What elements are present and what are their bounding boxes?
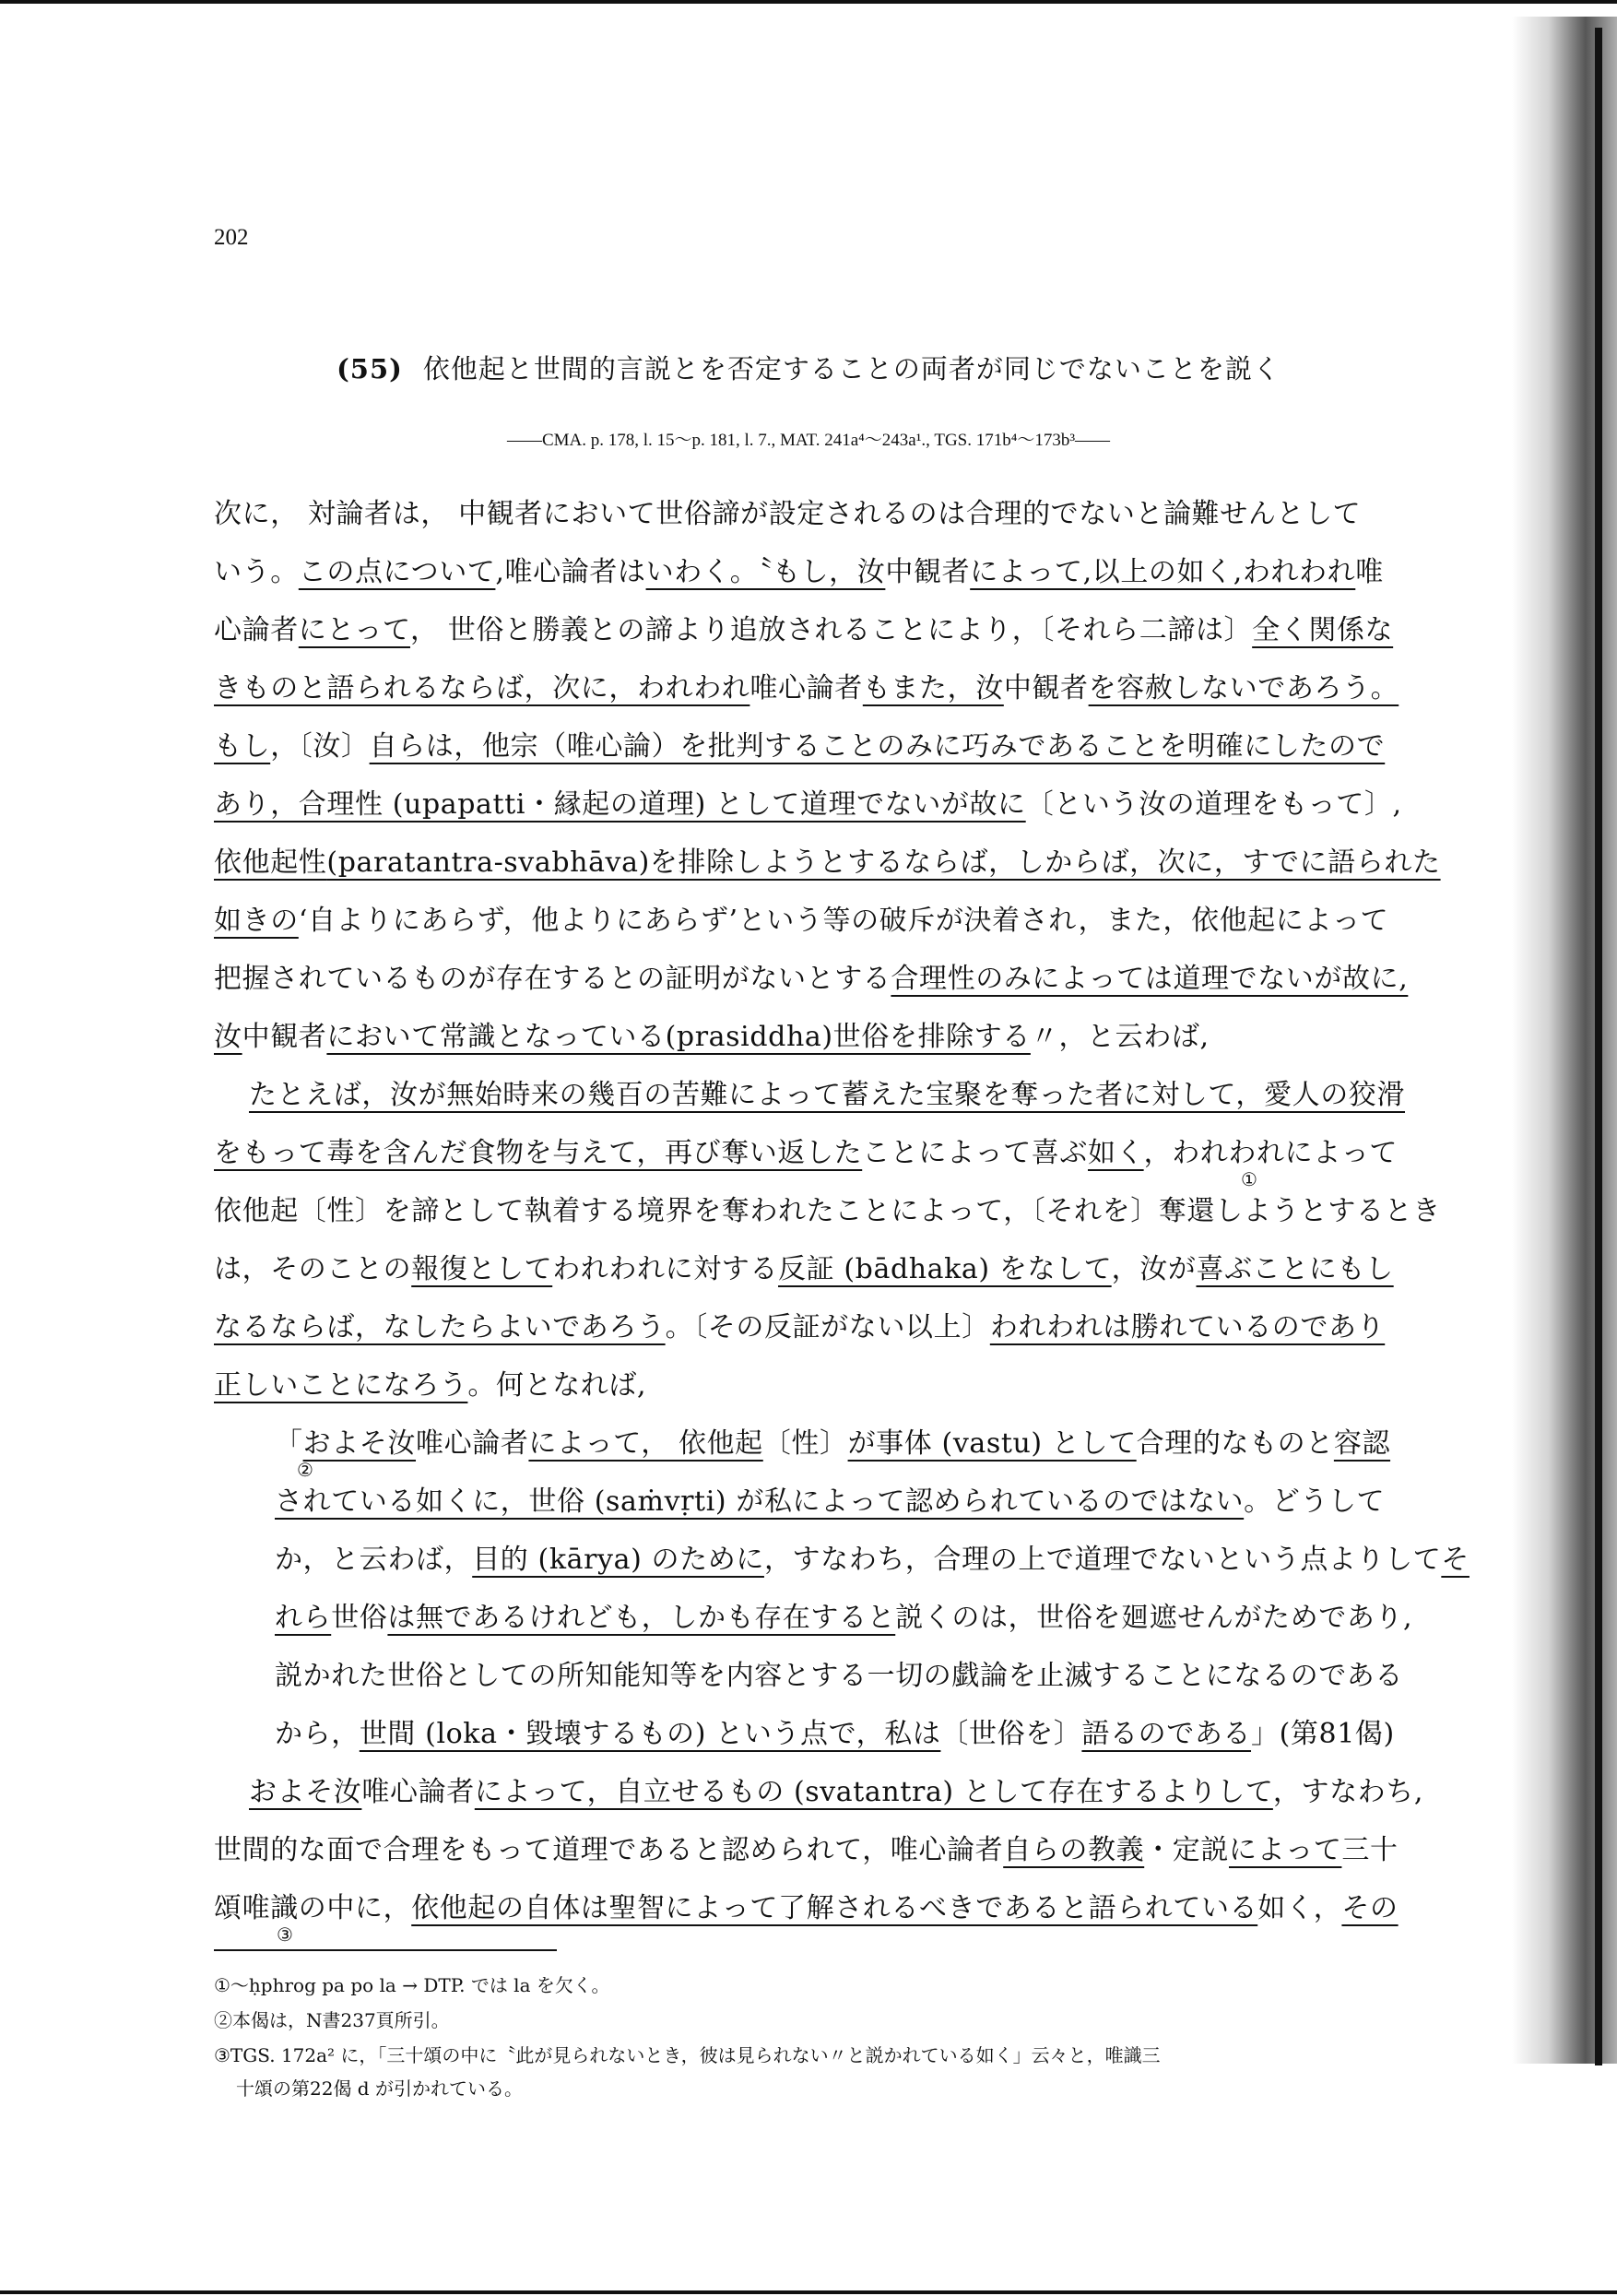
footnote: 十頌の第22偈 d が引かれている。 bbox=[236, 2077, 523, 2101]
text-segment: 合理的なものと bbox=[1137, 1427, 1334, 1460]
text-segment: 唯心論者 bbox=[361, 1776, 474, 1808]
text-segment: 唯 bbox=[1355, 556, 1384, 588]
text-segment: 如く， bbox=[1257, 1892, 1341, 1924]
underlined-text: 依他起性 bbox=[214, 846, 326, 879]
underlined-text: この点について bbox=[299, 556, 496, 588]
underlined-text: を容赦しないであろう。 bbox=[1089, 672, 1399, 704]
underlined-text: およそ汝 bbox=[249, 1776, 361, 1808]
underlined-text: 合理性のみによっては道理でないが故に, bbox=[891, 963, 1408, 995]
text-segment: いう。 bbox=[214, 556, 299, 588]
underlined-text: 喜ぶことにもし bbox=[1196, 1253, 1393, 1285]
underlined-text: されている如くに，世俗 (saṁvṛti) が私によって認められているのではない bbox=[275, 1485, 1244, 1518]
text-segment: ことによって喜ぶ bbox=[862, 1137, 1088, 1169]
text-segment: 把握されているものが存在するとの証明がないとする bbox=[214, 963, 891, 995]
scan-binding-edge bbox=[1595, 28, 1602, 2065]
text-segment: 説くのは，世俗を廻遮せんがためであり, bbox=[895, 1602, 1412, 1634]
underlined-text: 容認 bbox=[1334, 1427, 1390, 1460]
text-line: あり，合理性 (upapatti・縁起の道理) として道理でないが故に〔という汝… bbox=[214, 787, 1422, 823]
text-segment: 心論者 bbox=[214, 614, 299, 646]
text-line: から，世間 (loka・毀壊するもの) という点で，私は〔世俗を〕語るのである」… bbox=[275, 1716, 1423, 1753]
text-line: 把握されているものが存在するとの証明がないとする合理性のみによっては道理でないが… bbox=[214, 961, 1422, 998]
underlined-text: 反証 (bādhaka) をなして bbox=[778, 1253, 1112, 1285]
footnote-marker: ③ bbox=[277, 1923, 293, 1946]
underlined-text: 世間 (loka・毀壊するもの) という点で，私は bbox=[360, 1718, 941, 1750]
underlined-text: 自らの教義 bbox=[1003, 1834, 1144, 1866]
underlined-text: によって， 依他起 bbox=[528, 1427, 762, 1460]
text-segment: 三十 bbox=[1341, 1834, 1398, 1866]
text-segment: 唯心論者 bbox=[749, 672, 862, 704]
footnote-rule bbox=[214, 1949, 557, 1951]
text-segment: 世俗 bbox=[331, 1602, 387, 1634]
section-title: (55)依他起と世間的言説とを否定することの両者が同じでないことを説く bbox=[0, 349, 1617, 386]
text-line: 汝中観者において常識となっている(prasiddha)世俗を排除する〃，と云わば… bbox=[214, 1019, 1422, 1056]
text-line: 正しいことになろう。何となれば, bbox=[214, 1367, 1422, 1404]
text-line: 依他起〔性〕を諦として執着する境界を奪われたことによって，〔それを〕奪還しようと… bbox=[214, 1193, 1422, 1230]
text-line: 心論者にとって， 世俗と勝義との諦より追放されることにより，〔それら二諦は〕全く… bbox=[214, 612, 1422, 649]
underlined-text: 報復として bbox=[411, 1253, 552, 1285]
underlined-text: あり，合理性 (upapatti・縁起の道理) として道理でないが故に bbox=[214, 788, 1026, 821]
text-line: いう。この点について,唯心論者はいわく。〝もし，汝中観者によって,以上の如く,わ… bbox=[214, 554, 1422, 591]
underlined-text: なるならば，なしたらよいであろう bbox=[214, 1311, 666, 1343]
text-segment: 頌唯識の中に， bbox=[214, 1892, 411, 1924]
underlined-text: もし bbox=[214, 730, 270, 763]
underlined-text: が事体 (vastu) として bbox=[848, 1427, 1137, 1460]
underlined-text: 正しいことになろう bbox=[214, 1369, 467, 1402]
text-segment: ‘自よりにあらず，他よりにあらず’という等の破斥が決着され，また，依他起によって bbox=[299, 905, 1388, 937]
text-segment: 〔という汝の道理をもって〕, bbox=[1026, 788, 1402, 821]
text-segment: 。何となれば, bbox=[467, 1369, 646, 1402]
text-segment: 〔性〕 bbox=[763, 1427, 848, 1460]
underlined-text: 依他起の自体は聖智によって了解されるべきであると語られている bbox=[411, 1892, 1257, 1924]
source-citation: ——CMA. p. 178, l. 15〜p. 181, l. 7., MAT.… bbox=[0, 426, 1617, 451]
scan-bottom-border bbox=[0, 2290, 1617, 2294]
text-line: されている如くに，世俗 (saṁvṛti) が私によって認められているのではない… bbox=[275, 1484, 1423, 1521]
scan-top-border bbox=[0, 0, 1617, 4]
underlined-text: にとって bbox=[299, 614, 410, 646]
footnote-marker: ① bbox=[1241, 1168, 1257, 1190]
underlined-text: 如きの bbox=[214, 905, 299, 937]
underlined-text: において常識となっている(prasiddha)世俗を排除する bbox=[326, 1021, 1030, 1053]
text-line: たとえば，汝が無始時来の幾百の苦難によって蓄えた宝聚を奪った者に対して，愛人の狡… bbox=[249, 1077, 1457, 1114]
text-segment: われわれに対する bbox=[552, 1253, 778, 1285]
text-line: 如きの‘自よりにあらず，他よりにあらず’という等の破斥が決着され，また，依他起に… bbox=[214, 903, 1422, 940]
text-segment: ，〔汝〕 bbox=[270, 730, 369, 763]
text-line: 説かれた世俗としての所知能知等を内容とする一切の戯論を止滅することになるのである bbox=[275, 1658, 1423, 1695]
underlined-text: 如く bbox=[1088, 1137, 1144, 1169]
text-segment: ，汝が bbox=[1112, 1253, 1197, 1285]
text-line: 次に， 対論者は， 中観者において世俗諦が設定されるのは合理的でないと論難せんと… bbox=[214, 496, 1422, 533]
text-segment: 中観者 bbox=[242, 1021, 327, 1053]
underlined-text: によって，自立せるもの (svatantra) として存在するよりして bbox=[475, 1776, 1273, 1808]
underlined-text: そ bbox=[1441, 1544, 1469, 1576]
underlined-text: およそ汝 bbox=[303, 1427, 416, 1460]
text-line: は，そのことの報復としてわれわれに対する反証 (bādhaka) をなして，汝が… bbox=[214, 1251, 1422, 1288]
underlined-text: 自らは，他宗（唯心論）を批判することのみに巧みであることを明確にしたので bbox=[370, 730, 1386, 763]
text-segment: 唯心論者 bbox=[416, 1427, 528, 1460]
underlined-text: 汝 bbox=[214, 1021, 242, 1053]
underlined-text: もまた，汝 bbox=[863, 672, 1004, 704]
section-number: (55) bbox=[336, 353, 403, 385]
text-line: 依他起性(paratantra-svabhāva)を排除しようとするならば，しか… bbox=[214, 845, 1422, 882]
text-segment: 〔世俗を〕 bbox=[940, 1718, 1081, 1750]
text-segment: 「 bbox=[275, 1427, 303, 1460]
text-segment: ，すなわち，合理の上で道理でないという点よりして bbox=[764, 1544, 1441, 1576]
underlined-text: 目的 (kārya) のために bbox=[472, 1544, 764, 1576]
underlined-text: (paratantra-svabhāva)を排除しようとするならば，しからば，次… bbox=[326, 846, 1440, 879]
underlined-text: 語るのである bbox=[1081, 1718, 1251, 1750]
underlined-text: によって,以上の如く,われわれ bbox=[970, 556, 1355, 588]
text-segment: から， bbox=[275, 1718, 360, 1750]
text-line: なるならば，なしたらよいであろう。〔その反証がない以上〕われわれは勝れているので… bbox=[214, 1309, 1422, 1346]
text-line: をもって毒を含んだ食物を与えて，再び奪い返したことによって喜ぶ如く，われわれによ… bbox=[214, 1135, 1422, 1172]
text-line: もし，〔汝〕自らは，他宗（唯心論）を批判することのみに巧みであることを明確にした… bbox=[214, 728, 1422, 765]
footnote: ③TGS. 172a² に，「三十頌の中に〝此が見られないとき，彼は見られない〃… bbox=[214, 2043, 1161, 2067]
text-segment: ・定説 bbox=[1144, 1834, 1229, 1866]
text-segment: 依他起〔性〕を諦として執着する境界を奪われたことによって，〔それを〕奪還しようと… bbox=[214, 1195, 1441, 1227]
text-line: およそ汝唯心論者によって，自立せるもの (svatantra) として存在するよ… bbox=[249, 1774, 1457, 1811]
page-number: 202 bbox=[214, 225, 249, 251]
text-line: れら世俗は無であるけれども，しかも存在すると説くのは，世俗を廻遮せんがためであり… bbox=[275, 1600, 1423, 1637]
text-segment: 説かれた世俗としての所知能知等を内容とする一切の戯論を止滅することになるのである bbox=[275, 1660, 1403, 1692]
text-segment: ， 世俗と勝義との諦より追放されることにより，〔それら二諦は〕 bbox=[410, 614, 1252, 646]
underlined-text: をもって毒を含んだ食物を与えて，再び奪い返した bbox=[214, 1137, 862, 1169]
text-segment: 次に， 対論者は， 中観者において世俗諦が設定されるのは合理的でないと論難せんと… bbox=[214, 498, 1361, 530]
underlined-text: きものと語られるならば，次に，われわれ bbox=[214, 672, 749, 704]
footnote: ①〜ḥphrog pa po la → DTP. では la を欠く。 bbox=[214, 1973, 609, 1997]
text-segment: 世間的な面で合理をもって道理であると認められて，唯心論者 bbox=[214, 1834, 1003, 1866]
underlined-text: いわく。〝もし，汝 bbox=[646, 556, 886, 588]
text-segment: か，と云わば， bbox=[275, 1544, 472, 1576]
text-line: 「およそ汝唯心論者によって， 依他起〔性〕が事体 (vastu) として合理的な… bbox=[275, 1426, 1423, 1462]
underlined-text: たとえば，汝が無始時来の幾百の苦難によって蓄えた宝聚を奪った者に対して，愛人の狡… bbox=[249, 1079, 1405, 1111]
text-segment: 中観者 bbox=[1004, 672, 1089, 704]
text-segment: 。どうして bbox=[1244, 1485, 1385, 1518]
underlined-text: れら bbox=[275, 1602, 331, 1634]
text-segment: 。〔その反証がない以上〕 bbox=[666, 1311, 990, 1343]
section-title-text: 依他起と世間的言説とを否定することの両者が同じでないことを説く bbox=[423, 353, 1281, 385]
text-segment: 中観者 bbox=[885, 556, 970, 588]
underlined-text: 全く関係な bbox=[1252, 614, 1393, 646]
text-line: きものと語られるならば，次に，われわれ唯心論者もまた，汝中観者を容赦しないであろ… bbox=[214, 670, 1422, 707]
text-segment: ，すなわち, bbox=[1273, 1776, 1423, 1808]
text-line: 世間的な面で合理をもって道理であると認められて，唯心論者自らの教義・定説によって… bbox=[214, 1832, 1422, 1869]
footnote-marker: ② bbox=[297, 1459, 313, 1481]
text-line: か，と云わば，目的 (kārya) のために，すなわち，合理の上で道理でないとい… bbox=[275, 1542, 1423, 1579]
underlined-text: は無であるけれども，しかも存在すると bbox=[387, 1602, 895, 1634]
text-segment: は，そのことの bbox=[214, 1253, 411, 1285]
text-segment: 〃，と云わば, bbox=[1031, 1021, 1210, 1053]
underlined-text: われわれは勝れているのであり bbox=[990, 1311, 1385, 1343]
underlined-text: その bbox=[1341, 1892, 1398, 1924]
text-segment: ，われわれによって bbox=[1144, 1137, 1398, 1169]
text-line: 頌唯識の中に，依他起の自体は聖智によって了解されるべきであると語られている如く，… bbox=[214, 1890, 1422, 1927]
underlined-text: によって bbox=[1229, 1834, 1341, 1866]
text-segment: ,唯心論者は bbox=[495, 556, 645, 588]
text-segment: 」(第81偈) bbox=[1251, 1718, 1395, 1750]
footnote: ②本偈は，N書237頁所引。 bbox=[214, 2008, 450, 2032]
